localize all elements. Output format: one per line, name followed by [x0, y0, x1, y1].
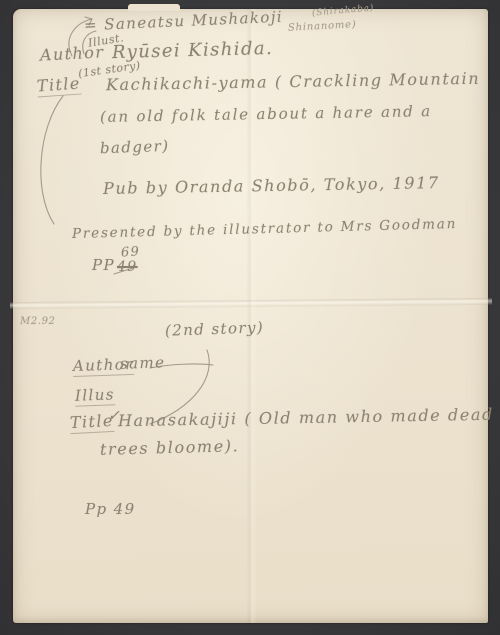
illustrator-label: Illus — [75, 387, 115, 406]
pages-corrected-value: 69 — [121, 245, 141, 259]
pages-line-2: Pp 49 — [85, 502, 136, 517]
paper-edge-tab — [128, 4, 180, 11]
second-story-heading: (2nd story) — [165, 320, 265, 338]
title-label: Title — [36, 75, 81, 97]
author-value-2: same — [120, 355, 166, 372]
vertical-fold-crease — [246, 9, 257, 623]
title-continuation-3: trees bloome). — [100, 438, 240, 458]
pages-label: PP — [92, 258, 115, 273]
title-continuation-2: badger) — [100, 139, 170, 156]
margin-inventory-code: M2.92 — [20, 317, 56, 327]
pages-struck-value: 49 — [117, 260, 138, 274]
scan-background: = Saneatsu Mushakoji (Shirakaba) Shinano… — [0, 0, 500, 635]
